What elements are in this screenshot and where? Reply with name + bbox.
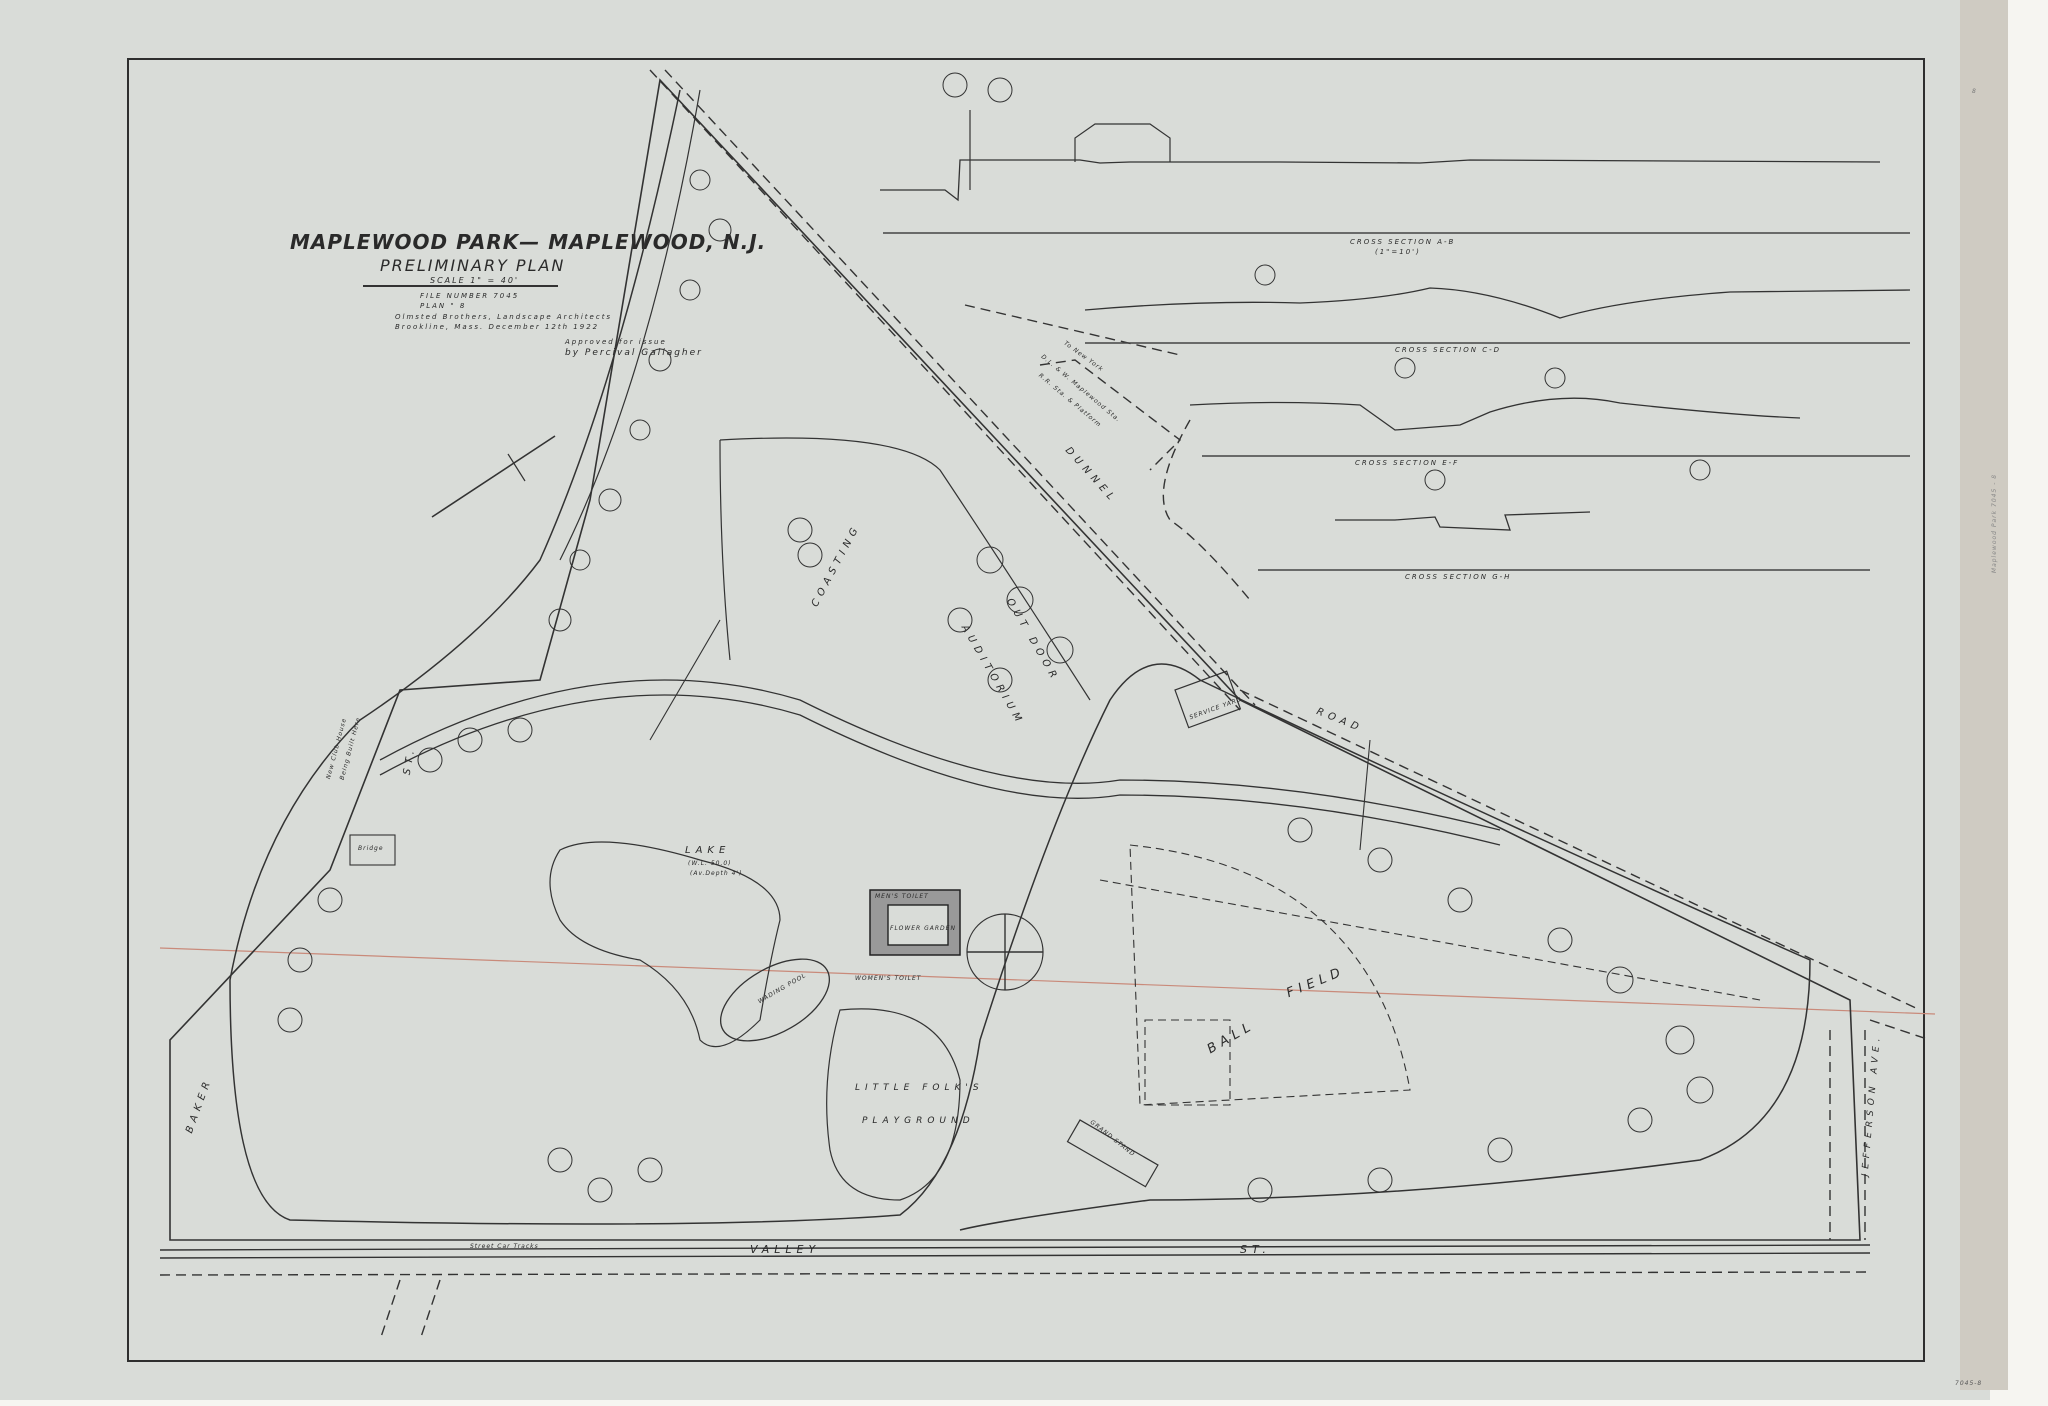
womens-toilet-label: WOMEN'S TOILET <box>855 975 921 982</box>
valley-street-suffix: ST. <box>1240 1243 1271 1256</box>
cross-section-ab-scale: (1"=10') <box>1375 248 1421 256</box>
flower-garden-label: FLOWER GARDEN <box>890 925 956 932</box>
cross-section-gh-label: CROSS SECTION G-H <box>1405 573 1511 581</box>
tree-symbols <box>278 73 1713 1202</box>
plan-drawing <box>0 0 2048 1406</box>
cross-section-cd-label: CROSS SECTION C-D <box>1395 346 1501 354</box>
margin-bottom-note: 7045-8 <box>1955 1380 1982 1387</box>
park-plan-sheet: MAPLEWOOD PARK— MAPLEWOOD, N.J. PRELIMIN… <box>0 0 2048 1406</box>
cross-section-ef-label: CROSS SECTION E-F <box>1355 459 1459 467</box>
margin-sheet-number: 8 <box>1972 88 1977 95</box>
lake-depth: (Av.Depth 4') <box>690 870 742 877</box>
bridge-label: Bridge <box>358 845 384 852</box>
playground-label: PLAYGROUND <box>862 1116 975 1126</box>
mens-toilet-label: MEN'S TOILET <box>875 893 929 900</box>
little-folks-label: LITTLE FOLK'S <box>855 1083 984 1093</box>
lake-label: LAKE <box>685 845 730 856</box>
lake-water-level: (W.L. 50.0) <box>688 860 732 867</box>
cross-section-ab-label: CROSS SECTION A-B <box>1350 238 1455 246</box>
street-car-tracks-label: Street Car Tracks <box>470 1243 539 1250</box>
margin-side-note: Maplewood Park 7045 - 8 <box>1991 474 1998 573</box>
valley-street-label: VALLEY <box>750 1243 820 1256</box>
